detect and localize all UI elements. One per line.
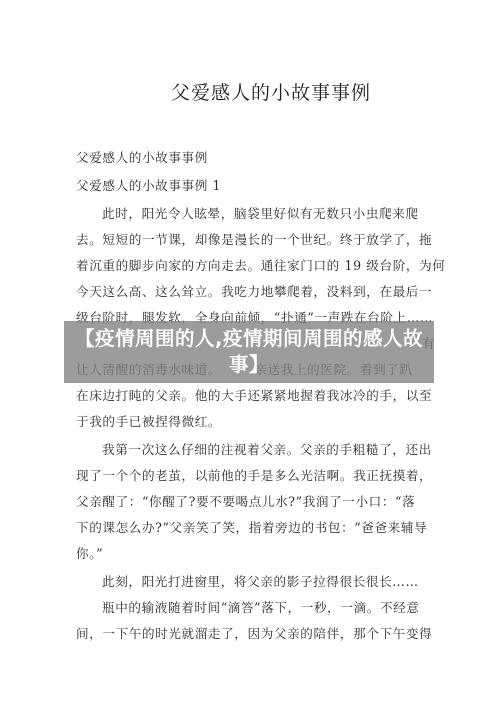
body-line: 此时，阳光令人眩晕，脑袋里好似有无数只小虫爬来爬 [102,206,462,222]
document-page: 父爱感人的小故事事例 父爱感人的小故事事例 父爱感人的小故事事例 1 此时，阳光… [0,0,500,706]
body-line: 着沉重的脚步向家的方向走去。通往家门口的 19 级台阶，为何 [76,258,436,274]
body-line: 去。短短的一节课，却像是漫长的一个世纪。终于放学了，拖 [76,232,436,248]
document-title: 父爱感人的小故事事例 [0,78,500,105]
body-line: 父爱感人的小故事事例 [76,150,436,166]
body-line: 我第一次这么仔细的注视着父亲。父亲的手粗糙了，还出 [102,442,462,458]
title-overlay-banner: 【疫情周围的人,疫情期间周围的感人故事】 [64,321,434,383]
body-line: 在床边打盹的父亲。他的大手还紧紧地握着我冰冷的手，以至 [76,388,436,404]
body-line: 你。” [76,546,436,562]
body-line: 今天这么高、这么耸立。我吃力地攀爬着，没料到，在最后一 [76,284,436,300]
body-line: 此刻，阳光打进窗里，将父亲的影子拉得很长很长…… [102,574,462,590]
body-line: 现了一个个的老茧，以前他的手是多么光洁啊。我正抚摸着， [76,468,436,484]
body-line: 下的课怎么办?”父亲笑了笑，指着旁边的书包：“爸爸来辅导 [76,520,436,536]
banner-title: 【疫情周围的人,疫情期间周围的感人故事】 [70,326,428,378]
body-line: 间，一下午的时光就溜走了，因为父亲的陪伴，那个下午变得 [76,626,436,642]
body-line: 于我的手已被捏得微红。 [76,414,436,430]
body-line: 父亲醒了：“你醒了?要不要喝点儿水?”我润了一小口：“落 [76,494,436,510]
body-line: 瓶中的输液随着时间“滴答”落下，一秒，一滴。不经意 [102,600,462,616]
body-line: 父爱感人的小故事事例 1 [76,178,436,194]
